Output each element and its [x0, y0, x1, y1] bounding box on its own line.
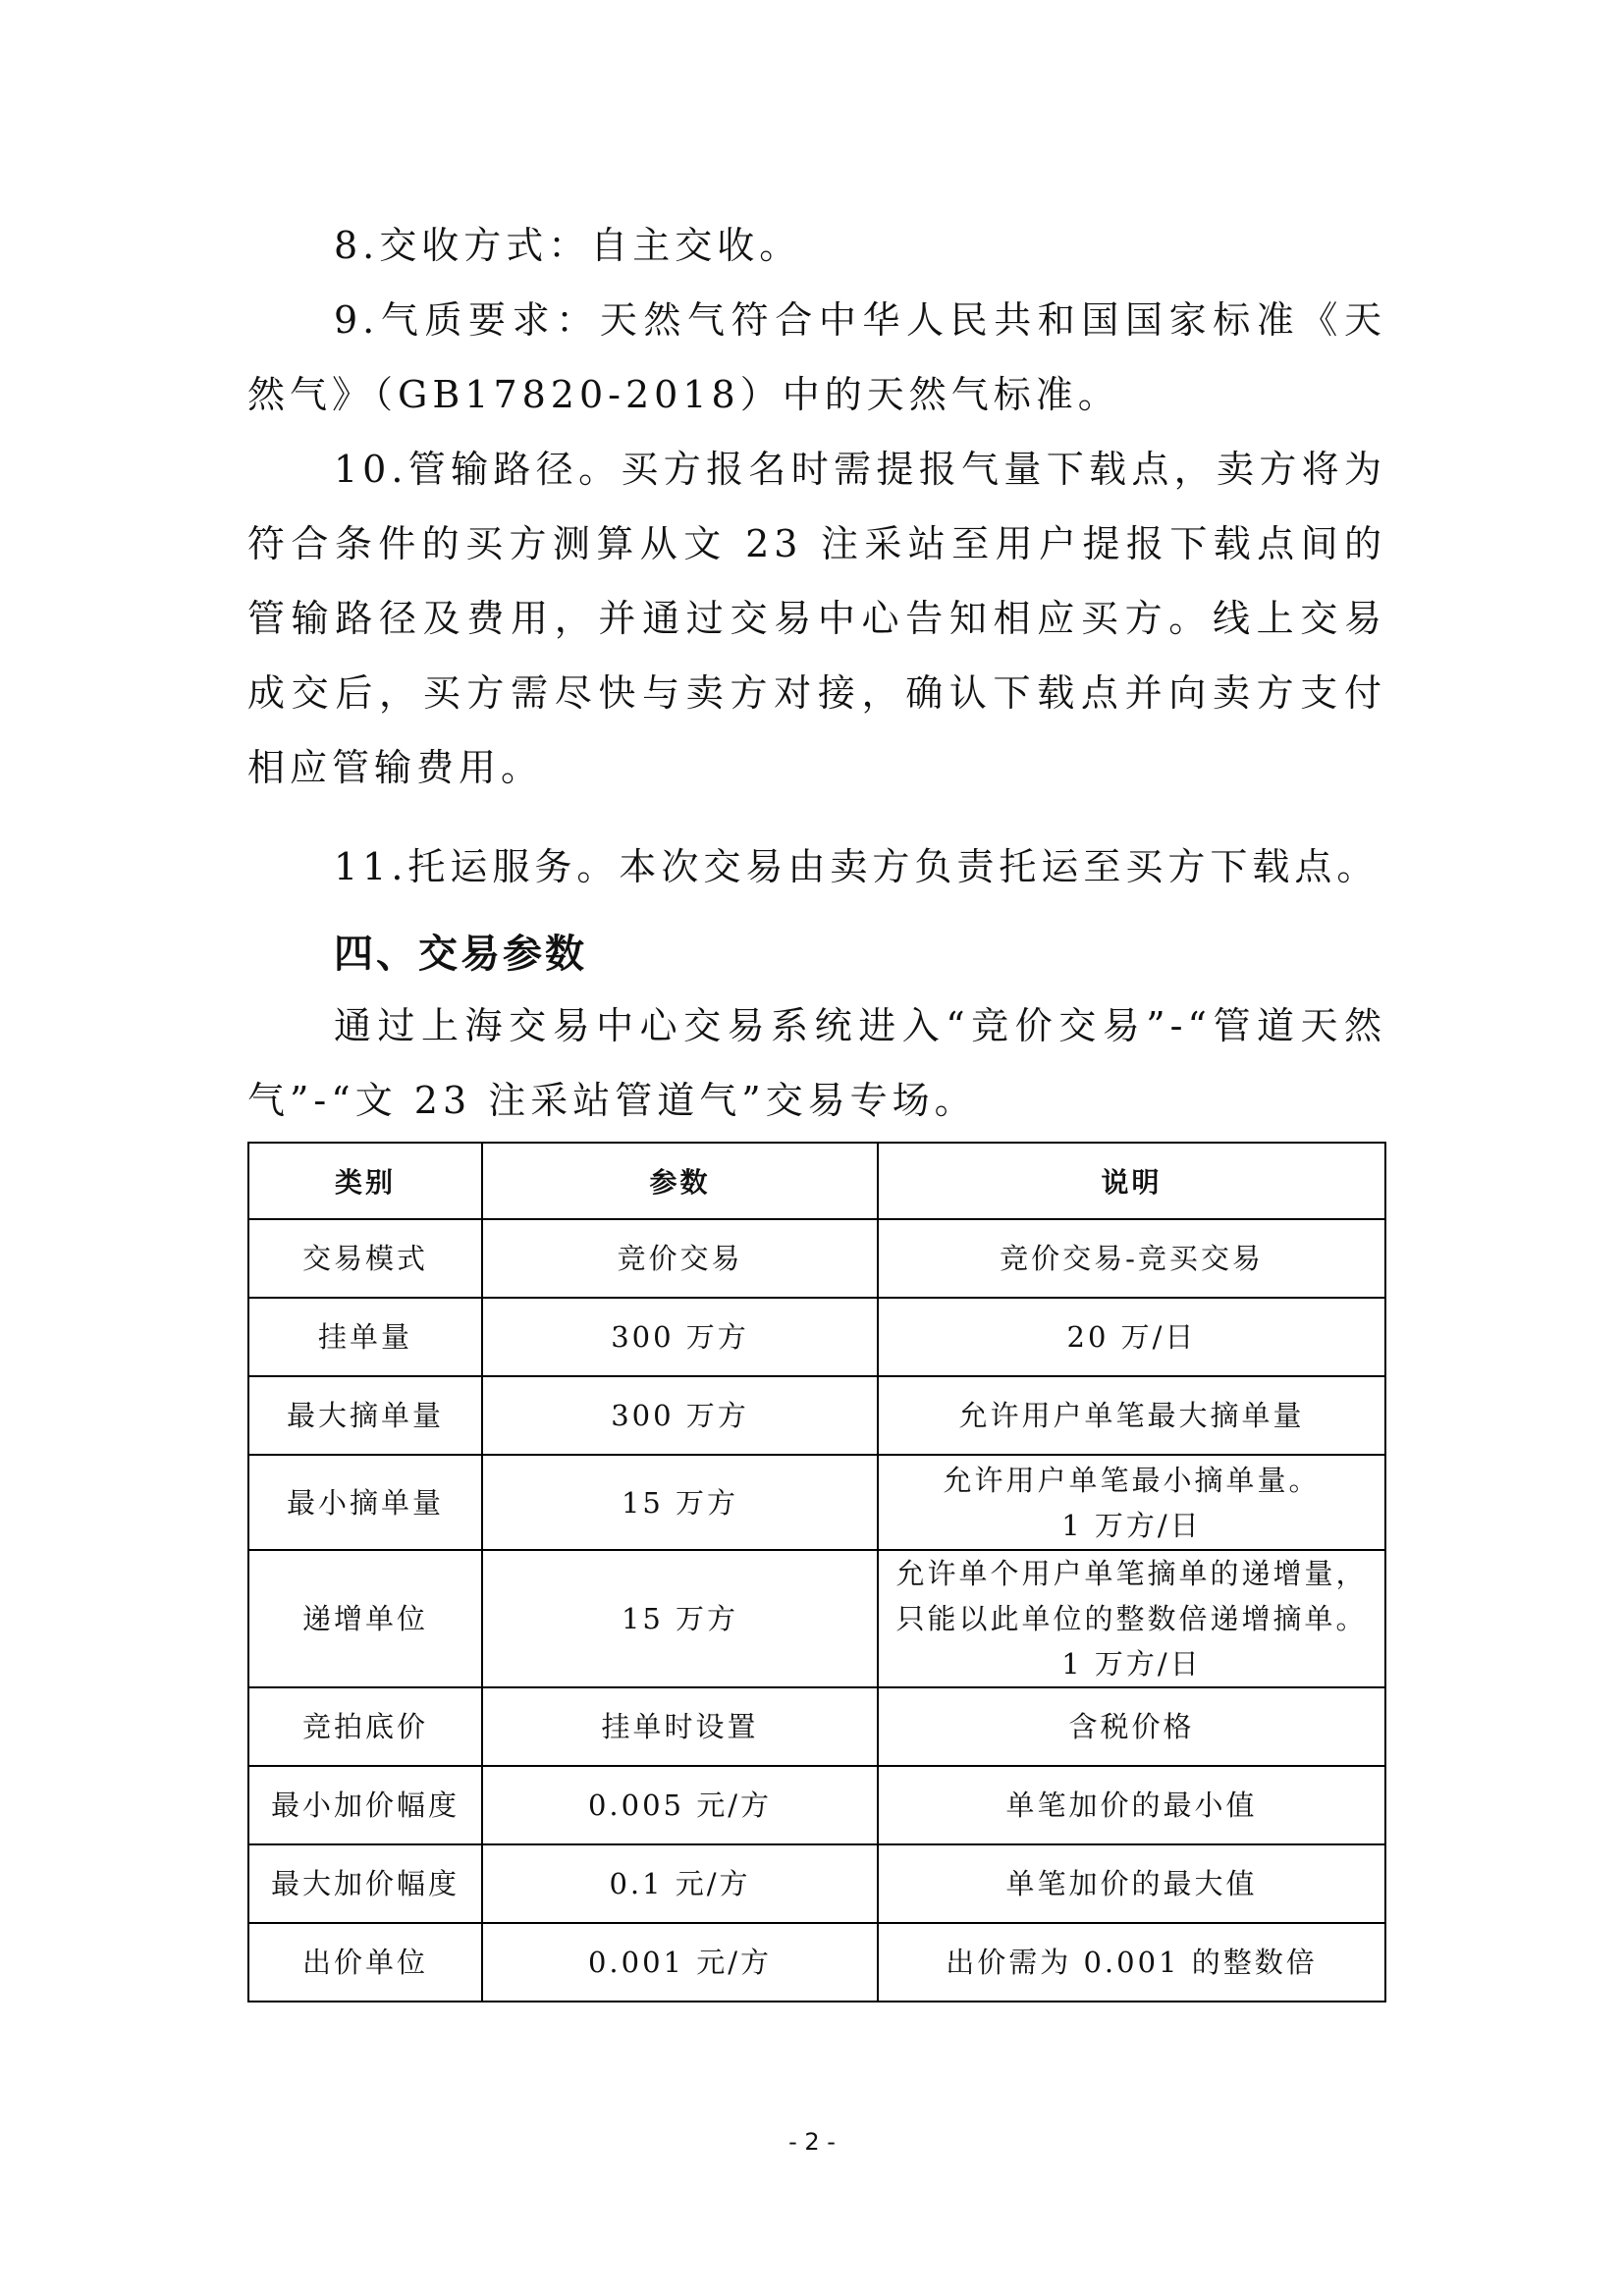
header-category: 类别 — [248, 1143, 482, 1219]
page-number: - 2 - — [0, 2128, 1624, 2156]
table-row: 出价单位 0.001 元/方 出价需为 0.001 的整数倍 — [248, 1923, 1385, 2002]
cell-category: 最小摘单量 — [248, 1455, 482, 1550]
cell-parameter: 15 万方 — [482, 1550, 878, 1687]
section-intro: 通过上海交易中心交易系统进入“竞价交易”-“管道天然气”-“文 23 注采站管道… — [247, 988, 1386, 1138]
header-parameter: 参数 — [482, 1143, 878, 1219]
cell-parameter: 0.005 元/方 — [482, 1766, 878, 1844]
cell-parameter: 15 万方 — [482, 1455, 878, 1550]
cell-description: 20 万/日 — [878, 1298, 1385, 1376]
cell-parameter: 0.001 元/方 — [482, 1923, 878, 2002]
cell-category: 递增单位 — [248, 1550, 482, 1687]
table-row: 递增单位 15 万方 允许单个用户单笔摘单的递增量， 只能以此单位的整数倍递增摘… — [248, 1550, 1385, 1687]
header-description: 说明 — [878, 1143, 1385, 1219]
cell-parameter: 挂单时设置 — [482, 1687, 878, 1766]
cell-category: 最大摘单量 — [248, 1376, 482, 1455]
table-row: 最大加价幅度 0.1 元/方 单笔加价的最大值 — [248, 1844, 1385, 1923]
cell-category: 最小加价幅度 — [248, 1766, 482, 1844]
table-header-row: 类别 参数 说明 — [248, 1143, 1385, 1219]
paragraph-8: 8.交收方式：自主交收。 — [247, 208, 1386, 283]
cell-description: 出价需为 0.001 的整数倍 — [878, 1923, 1385, 2002]
section-heading: 四、交易参数 — [334, 923, 587, 979]
cell-description: 单笔加价的最小值 — [878, 1766, 1385, 1844]
cell-parameter: 300 万方 — [482, 1376, 878, 1455]
cell-description: 含税价格 — [878, 1687, 1385, 1766]
trading-parameters-table: 类别 参数 说明 交易模式 竞价交易 竞价交易-竞买交易 挂单量 300 万方 … — [247, 1142, 1386, 2002]
cell-parameter: 0.1 元/方 — [482, 1844, 878, 1923]
cell-category: 挂单量 — [248, 1298, 482, 1376]
cell-description: 竞价交易-竞买交易 — [878, 1219, 1385, 1298]
cell-description: 允许用户单笔最小摘单量。 1 万方/日 — [878, 1455, 1385, 1550]
paragraph-11: 11.托运服务。本次交易由卖方负责托运至买方下载点。 — [247, 829, 1386, 904]
table-row: 挂单量 300 万方 20 万/日 — [248, 1298, 1385, 1376]
cell-category: 竞拍底价 — [248, 1687, 482, 1766]
cell-category: 最大加价幅度 — [248, 1844, 482, 1923]
cell-category: 出价单位 — [248, 1923, 482, 2002]
table-row: 最小摘单量 15 万方 允许用户单笔最小摘单量。 1 万方/日 — [248, 1455, 1385, 1550]
cell-description: 单笔加价的最大值 — [878, 1844, 1385, 1923]
cell-description: 允许用户单笔最大摘单量 — [878, 1376, 1385, 1455]
paragraph-9: 9.气质要求：天然气符合中华人民共和国国家标准《天然气》（GB17820-201… — [247, 283, 1386, 432]
cell-parameter: 竞价交易 — [482, 1219, 878, 1298]
paragraph-10: 10.管输路径。买方报名时需提报气量下载点，卖方将为符合条件的买方测算从文 23… — [247, 432, 1386, 805]
table-row: 竞拍底价 挂单时设置 含税价格 — [248, 1687, 1385, 1766]
document-page: 8.交收方式：自主交收。 9.气质要求：天然气符合中华人民共和国国家标准《天然气… — [0, 0, 1624, 2296]
cell-description: 允许单个用户单笔摘单的递增量， 只能以此单位的整数倍递增摘单。 1 万方/日 — [878, 1550, 1385, 1687]
table-row: 交易模式 竞价交易 竞价交易-竞买交易 — [248, 1219, 1385, 1298]
cell-category: 交易模式 — [248, 1219, 482, 1298]
table-row: 最大摘单量 300 万方 允许用户单笔最大摘单量 — [248, 1376, 1385, 1455]
table-row: 最小加价幅度 0.005 元/方 单笔加价的最小值 — [248, 1766, 1385, 1844]
cell-parameter: 300 万方 — [482, 1298, 878, 1376]
